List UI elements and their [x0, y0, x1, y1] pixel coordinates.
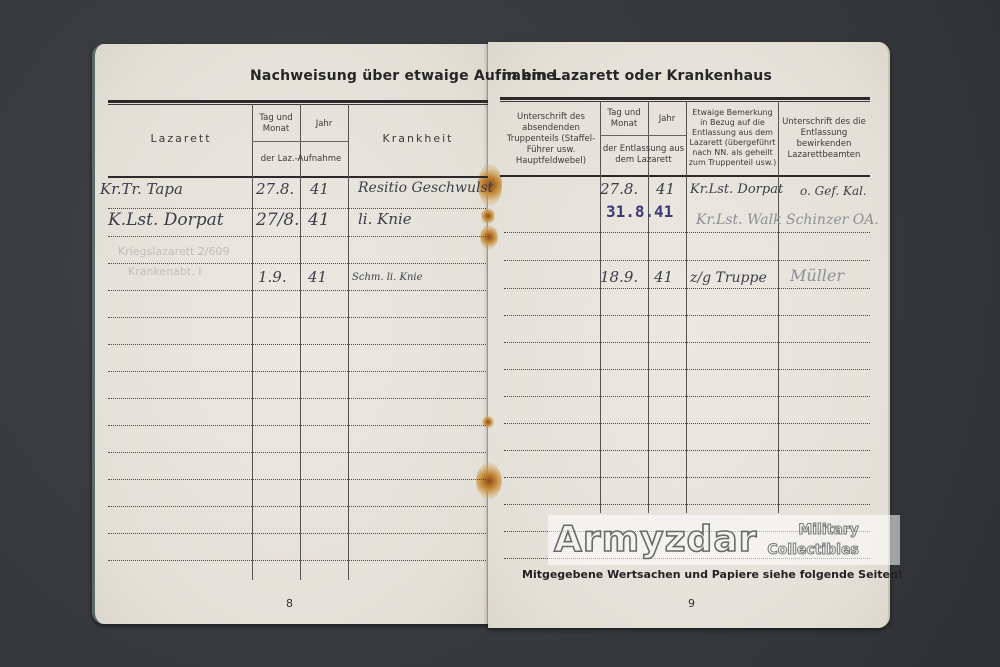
ruled-line — [108, 425, 486, 426]
header-bemerkung: Etwaige Bemerkung in Bezug auf die Entla… — [688, 102, 777, 174]
header-rule-sub — [500, 101, 870, 102]
header-rule-top — [500, 97, 870, 100]
entry-bemerkung: z/g Truppe — [690, 270, 767, 286]
header-rule-bottom — [108, 176, 488, 178]
ruled-line — [108, 533, 486, 534]
ruled-line — [108, 290, 486, 291]
watermark-brand: Armyzdar — [554, 522, 757, 558]
subheader-rule — [600, 135, 686, 136]
rust-stain-icon — [476, 463, 502, 499]
ruled-line — [108, 479, 486, 480]
ruled-line — [108, 317, 486, 318]
entry-tag-monat: 27/8. — [256, 210, 300, 230]
ghost-stamp-line: Kriegslazarett 2/609 — [118, 245, 229, 258]
entry-tag-monat: 18.9. — [600, 268, 638, 286]
entry-jahr: 41 — [310, 180, 329, 198]
ruled-line — [504, 396, 870, 397]
header-lazarett: Lazarett — [110, 128, 252, 148]
header-unterschrift-entlassung: Unterschrift des die Entlassung bewirken… — [780, 104, 868, 174]
entry-jahr: 41 — [308, 210, 330, 230]
ruled-line — [108, 371, 486, 372]
ruled-line — [108, 506, 486, 507]
form-title-right: in ein Lazarett oder Krankenhaus — [502, 68, 772, 84]
ruled-line — [504, 504, 870, 505]
ghost-stamp-line: Krankenabt. I — [128, 265, 201, 278]
ruled-line — [504, 342, 870, 343]
entry-bemerkung: Kr.Lst. Walk — [696, 212, 782, 228]
page-number-right: 9 — [688, 597, 695, 610]
header-tag-monat: Tag und Monat — [254, 108, 298, 140]
entry-unterschrift-entlassung: Müller — [790, 266, 844, 285]
header-krankheit: Krankheit — [350, 128, 486, 148]
entry-jahr: 41 — [656, 180, 675, 198]
watermark: Armyzdar Military Collectibles — [548, 515, 900, 565]
entry-lazarett: Kr.Tr. Tapa — [100, 180, 183, 198]
ruled-line — [504, 423, 870, 424]
ruled-line — [108, 263, 486, 264]
entry-krankheit: li. Knie — [358, 210, 412, 228]
rust-stain-icon — [481, 208, 495, 224]
header-rule-sub — [108, 104, 488, 105]
rust-stain-icon — [480, 225, 498, 249]
header-rule-bottom — [500, 175, 870, 177]
page-number-left: 8 — [286, 597, 293, 610]
entry-tag-monat: 27.8. — [600, 180, 638, 198]
ruled-line — [108, 344, 486, 345]
ruled-line — [108, 452, 486, 453]
entry-krankheit: Schm. li. Knie — [352, 272, 423, 283]
watermark-line1: Military — [798, 520, 859, 540]
entry-unterschrift-entlassung: o. Gef. Kal. — [800, 184, 867, 198]
entry-lazarett: K.Lst. Dorpat — [108, 210, 224, 230]
header-tag-monat: Tag und Monat — [601, 104, 647, 134]
ruled-line — [108, 560, 486, 561]
entry-tag-monat-stamp: 31.8. — [606, 202, 654, 221]
entry-bemerkung: Kr.Lst. Dorpat — [690, 182, 783, 197]
open-soldbuch: Nachweisung über etwaige Aufnahme in ein… — [0, 0, 1000, 667]
ruled-line — [108, 208, 486, 209]
header-jahr: Jahr — [649, 104, 685, 134]
entry-tag-monat: 27.8. — [256, 180, 294, 198]
ruled-line — [108, 398, 486, 399]
ruled-line — [504, 450, 870, 451]
footer-note: Mitgegebene Wertsachen und Papiere siehe… — [522, 568, 903, 581]
ruled-line — [504, 477, 870, 478]
watermark-tagline: Military Collectibles — [767, 520, 858, 560]
subheader-rule — [252, 141, 348, 142]
ruled-line — [504, 288, 870, 289]
entry-jahr: 41 — [308, 268, 327, 286]
entry-krankheit: Resitio Geschwulst — [358, 180, 493, 196]
entry-jahr: 41 — [654, 268, 673, 286]
header-rule-top — [108, 100, 488, 103]
column-divider — [686, 101, 687, 513]
column-divider — [348, 104, 349, 580]
column-divider — [252, 104, 253, 580]
header-aufnahme: der Laz.-Aufnahme — [254, 146, 348, 172]
watermark-line2: Collectibles — [767, 540, 858, 560]
ruled-line — [504, 232, 870, 233]
entry-tag-monat: 1.9. — [258, 268, 287, 286]
entry-jahr-stamp: 41 — [654, 202, 673, 221]
column-divider — [300, 104, 301, 580]
ruled-line — [504, 369, 870, 370]
entry-unterschrift-entlassung: Schinzer OA. — [786, 212, 879, 228]
rust-stain-icon — [482, 416, 494, 428]
header-jahr: Jahr — [302, 108, 346, 140]
spine-fold — [487, 44, 488, 624]
ruled-line — [504, 260, 870, 261]
header-unterschrift-absendend: Unterschrift des absendenden Truppenteil… — [504, 104, 598, 174]
column-divider — [778, 101, 779, 513]
header-entlassung: der Entlassung aus dem Lazarett — [601, 138, 686, 172]
ruled-line — [504, 315, 870, 316]
ruled-line — [108, 236, 486, 237]
